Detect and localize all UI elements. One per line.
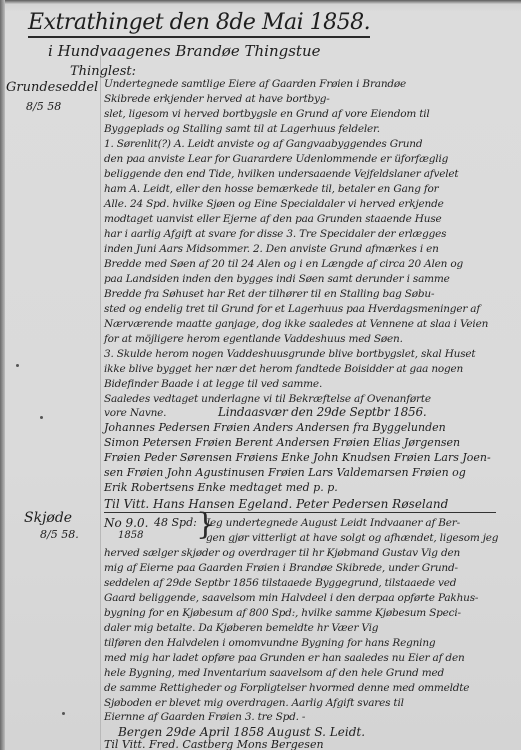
- entry2-line: gen gjør vitterligt at have solgt og afh…: [206, 532, 498, 544]
- entry1-line: har i aarlig Afgift at svare for disse 3…: [104, 228, 446, 240]
- entry1-line: Undertegnede samtlige Eiere af Gaarden F…: [104, 78, 406, 90]
- entry2-line: Gaard beliggende, saavelsom min Halvdeel…: [104, 592, 478, 604]
- entry1-line: modtaget uanvist eller Ejerne af den paa…: [104, 213, 442, 225]
- entry1-place-date: Lindaasvær den 29de Septbr 1856.: [218, 405, 427, 419]
- margin-date-entry-1: 8/5 58: [26, 100, 61, 113]
- entry1-line: slet, ligesom vi herved bortbygsle en Gr…: [104, 108, 430, 120]
- entry1-line: ham A. Leidt, eller den hosse bemærkede …: [104, 183, 438, 195]
- entry1-signature-line: Johannes Pedersen Frøien Anders Andersen…: [104, 421, 446, 434]
- entry2-line: mig af Eierne paa Gaarden Frøien i Brand…: [104, 562, 458, 574]
- page-binding-edge: [0, 0, 5, 750]
- entry2-witnesses: Til Vitt. Fred. Castberg Mons Bergesen: [104, 738, 324, 750]
- entry1-line: Bredde med Søen af 20 til 24 Alen og i e…: [104, 258, 463, 270]
- entry1-line: Skibrede erkjender herved at have bortby…: [104, 93, 330, 105]
- entry1-line: vore Navne.: [104, 407, 166, 419]
- margin-label-skjode: Skjøde: [24, 510, 72, 526]
- entry2-line: seddelen af 29de Septbr 1856 tilstaaede …: [104, 577, 456, 589]
- entry1-line: Byggeplads og Stalling samt til at Lager…: [104, 123, 380, 135]
- entry1-signature-line: Simon Petersen Frøien Berent Andersen Fr…: [104, 436, 460, 449]
- entry1-line: 3. Skulde herom nogen Vaddeshuusgrunde b…: [104, 348, 475, 360]
- entry1-witnesses: Til Vitt. Hans Hansen Egeland. Peter Ped…: [104, 497, 448, 511]
- entry2-line: Sjøboden er blevet mig overdragen. Aarli…: [104, 697, 404, 709]
- entry1-line: den paa anviste Lear for Guarardere Uden…: [104, 153, 448, 165]
- entry1-line: Bredde fra Søhuset har Ret der tilhører …: [104, 288, 434, 300]
- entry1-line: Saaledes vedtaget underlagne vi til Bekr…: [104, 393, 431, 405]
- entry1-line: inden Juni Aars Midsommer. 2. Den anvist…: [104, 243, 439, 255]
- page-speck: [40, 416, 43, 419]
- entry1-line: ikke blive bygget her nær det herom fand…: [104, 363, 463, 375]
- fee-year: 1858: [118, 530, 143, 541]
- margin-label-grundeseddel: Grundeseddel: [6, 80, 98, 95]
- entry2-line: de samme Rettigheder og Forpligtelser hv…: [104, 682, 469, 694]
- page-speck: [16, 364, 19, 367]
- fee-amount: 48 Spd:: [154, 516, 197, 529]
- entry1-line: Bidefinder Baade i at legge til ved samm…: [104, 378, 322, 390]
- entry2-line: Jeg undertegnede August Leidt Indvaaner …: [206, 517, 460, 529]
- entry1-line: sted og endelig tret til Grund for et La…: [104, 303, 480, 315]
- document-title: Extrathinget den 8de Mai 1858.: [28, 10, 370, 38]
- entry1-line: beliggende den end Tide, hvilken undersa…: [104, 168, 458, 180]
- entry1-signature-line: Frøien Peder Sørensen Frøiens Enke John …: [104, 451, 491, 464]
- document-page: Extrathinget den 8de Mai 1858. i Hundvaa…: [0, 0, 521, 750]
- entry1-signature-line: Erik Robertsens Enke medtaget med p. p.: [104, 481, 338, 494]
- entry1-line: 1. Sørenlit(?) A. Leidt anviste og af Ga…: [104, 138, 422, 150]
- entry1-signature-line: sen Frøien John Agustinusen Frøien Lars …: [104, 466, 466, 479]
- entry2-line: Eiernne af Gaarden Frøien 3. tre Spd. -: [104, 711, 305, 723]
- entry1-line: paa Landsiden inden den bygges indi Søen…: [104, 273, 450, 285]
- page-speck: [62, 712, 65, 715]
- entry2-place-date-signature: Bergen 29de April 1858 August S. Leidt.: [118, 725, 365, 739]
- entry2-line: med mig har ladet opføre paa Grunden er …: [104, 652, 465, 664]
- document-subtitle: i Hundvaagenes Brandøe Thingstue: [48, 42, 320, 60]
- entry1-line: Alle. 24 Spd. hvilke Sjøen og Eine Speci…: [104, 198, 444, 210]
- section-heading: Thinglest:: [70, 64, 136, 79]
- entry1-line: Nærværende maatte ganjage, dog ikke saal…: [104, 318, 488, 330]
- margin-date-entry-2: 8/5 58.: [40, 528, 79, 541]
- entry2-line: herved sælger skjøder og overdrager til …: [104, 547, 460, 559]
- entry1-line: for at möjligere herom egentlande Vaddes…: [104, 333, 403, 345]
- entry2-line: tilføren den Halvdelen i omomvundne Bygn…: [104, 637, 435, 649]
- entry2-line: hele Bygning, med Inventarium saavelsom …: [104, 667, 444, 679]
- page-top-edge: [0, 0, 521, 4]
- entry-separator-rule: [104, 512, 496, 513]
- fee-number: No 9.0.: [104, 516, 148, 530]
- entry2-line: bygning for en Kjøbesum af 800 Spd:, hvi…: [104, 607, 461, 619]
- entry2-line: daler mig betalte. Da Kjøberen bemeldte …: [104, 622, 378, 634]
- margin-rule: [100, 55, 101, 750]
